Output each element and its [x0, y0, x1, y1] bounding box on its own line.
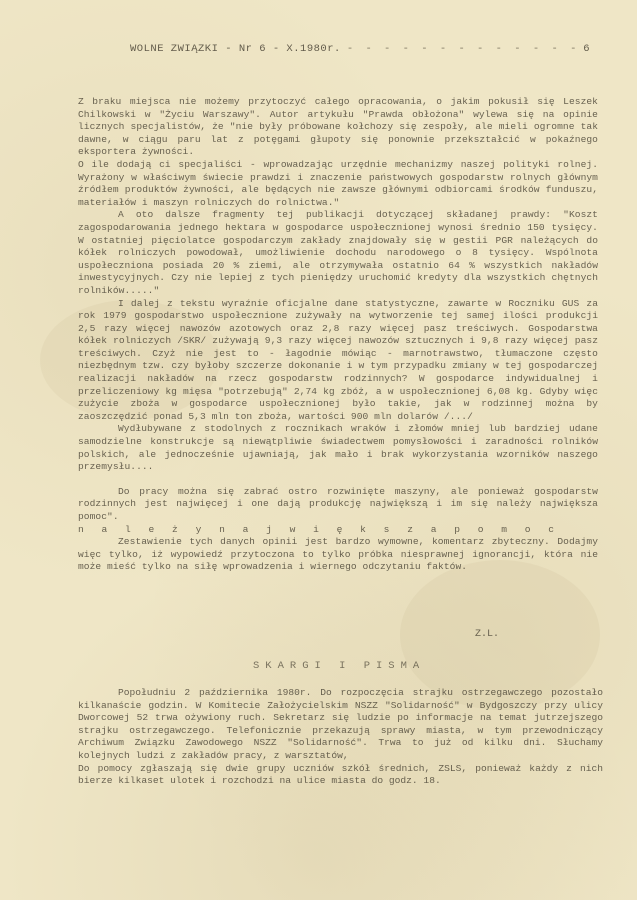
page-header: WOLNE ZWIĄZKI - Nr 6 - X.1980r. - - - - … — [130, 43, 590, 55]
header-dash-leader: - - - - - - - - - - - - - - - - - - - - … — [347, 43, 577, 55]
section-body: Popołudniu 2 października 1980r. Do rozp… — [78, 687, 603, 788]
article-paragraph: O ile dodają ci specjaliści - wprowadzaj… — [78, 159, 598, 209]
section-title: SKARGI I PISMA — [253, 660, 425, 672]
page-number: 6 — [583, 43, 590, 55]
emphasis-phrase: n a l e ż y n a j w i ę k s z a p o m o … — [78, 524, 598, 537]
section-paragraph: Popołudniu 2 października 1980r. Do rozp… — [78, 687, 603, 763]
article-paragraph: Wydłubywane z stodolnych z rocznikach wr… — [78, 423, 598, 473]
article-body: Z braku miejsca nie możemy przytoczyć ca… — [78, 96, 598, 574]
article-paragraph: Do pracy można się zabrać ostro rozwinię… — [78, 486, 598, 524]
article-paragraph: Zestawienie tych danych opinii jest bard… — [78, 536, 598, 574]
article-paragraph: A oto dalsze fragmenty tej publikacji do… — [78, 209, 598, 297]
article-paragraph: Z braku miejsca nie możemy przytoczyć ca… — [78, 96, 598, 159]
author-signature: Z.L. — [475, 629, 499, 640]
header-title: WOLNE ZWIĄZKI - Nr 6 - X.1980r. — [130, 43, 341, 55]
section-paragraph: Do pomocy zgłaszają się dwie grupy uczni… — [78, 763, 603, 788]
article-paragraph: I dalej z tekstu wyraźnie oficjalne dane… — [78, 298, 598, 424]
document-page: WOLNE ZWIĄZKI - Nr 6 - X.1980r. - - - - … — [0, 0, 637, 900]
